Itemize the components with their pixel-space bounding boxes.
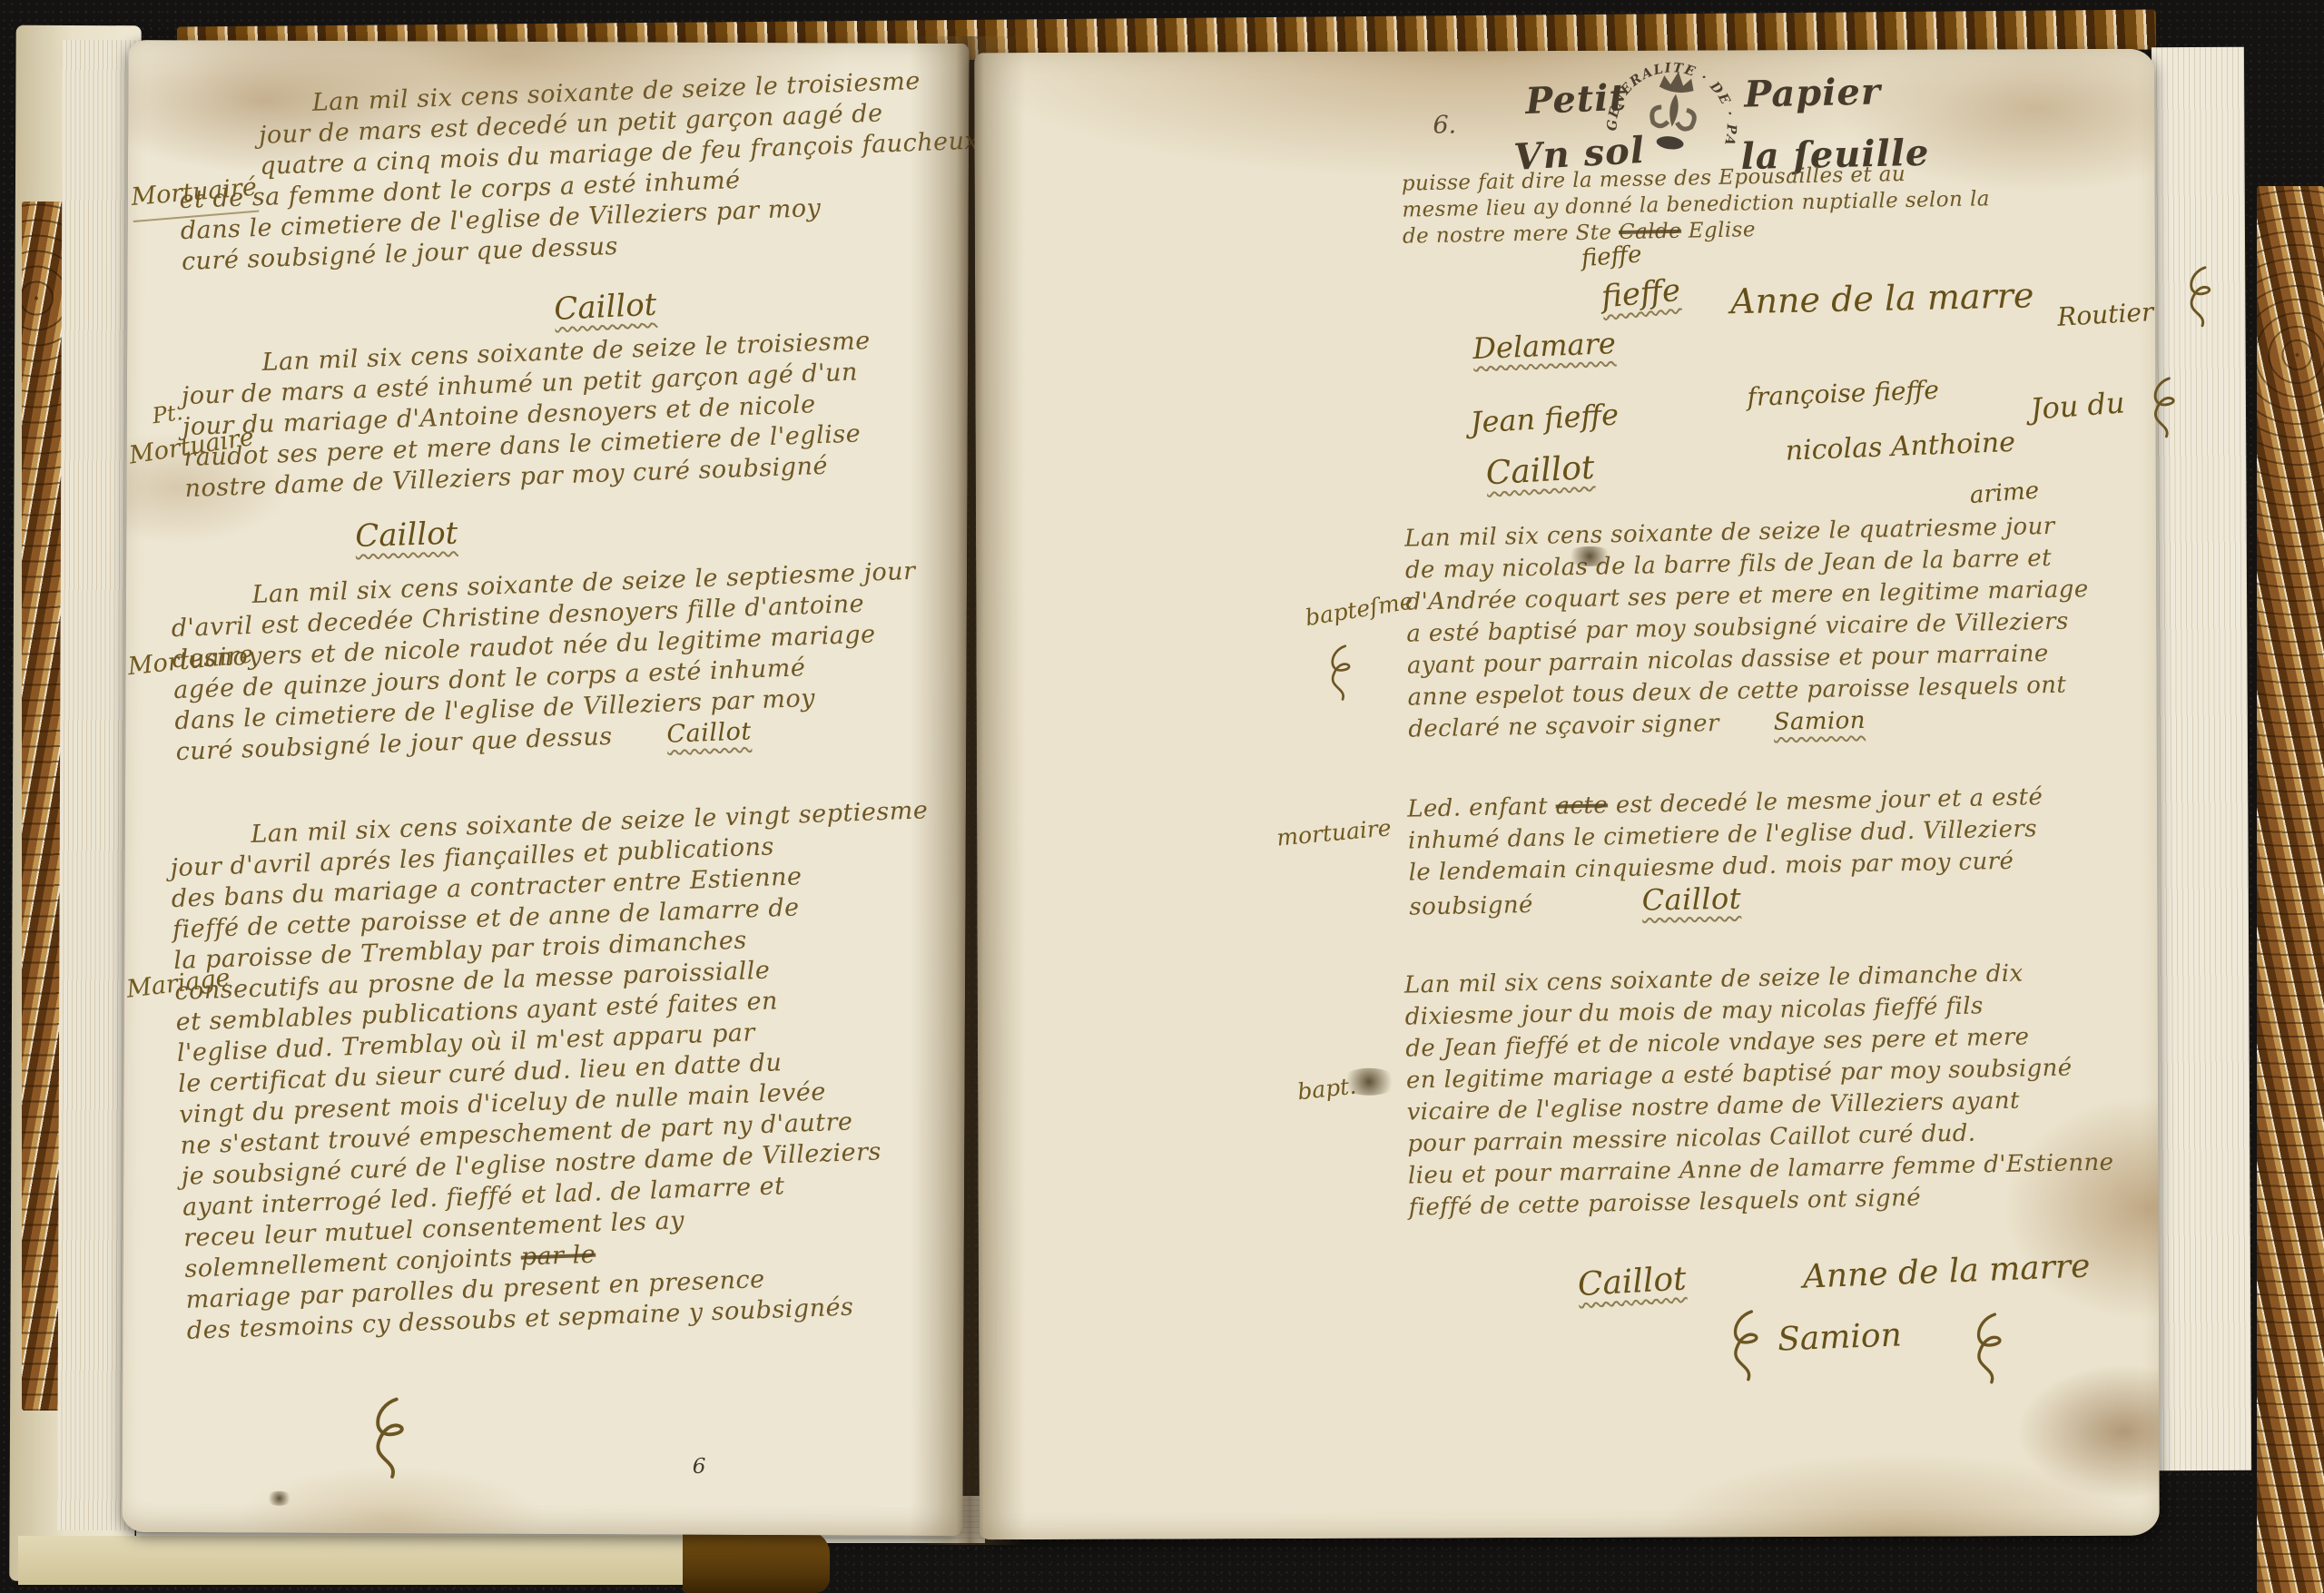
- right-register-page: 6. Petit Papier Vn sol la ſeuille GENERA…: [974, 49, 2160, 1540]
- record-line-text: Led. enfant: [1407, 792, 1556, 822]
- baptism-record-1: Lan mil six cens soixante de seize le qu…: [1404, 510, 2092, 745]
- book-left-marbled-cover: [22, 202, 64, 1411]
- bottom-vellum-cover-edge: [18, 1536, 704, 1585]
- book-right-marbled-cover: [2257, 186, 2324, 1593]
- witness-signature: Jou du: [2029, 385, 2125, 427]
- priest-signature-caillot: Caillot: [355, 516, 458, 555]
- vicar-signature-samion: Samion: [1718, 707, 1866, 737]
- margin-note-bapteme-1: bapteſme: [1304, 587, 1415, 631]
- signature-paraph-flourish: [2146, 376, 2177, 445]
- marriage-record-continuation: puisse fait dire la messe des Epousaille…: [1402, 160, 1991, 250]
- margin-paraph-flourish: [1323, 644, 1354, 707]
- folio-number: 6: [693, 1455, 706, 1479]
- priest-signature-caillot: Caillot: [1577, 1260, 1688, 1303]
- record-line-text: declaré ne sçavoir signer: [1408, 710, 1719, 743]
- witness-signature: nicolas Anthoine: [1785, 427, 2015, 467]
- record-line-text: Eglise: [1681, 218, 1756, 243]
- ink-blot: [1564, 546, 1615, 566]
- photo-black-backdrop: { "stamp": { "word_left_1": "Petit", "wo…: [0, 0, 2324, 1593]
- priest-signature-caillot: Caillot: [612, 717, 752, 750]
- marriage-record: Lan mil six cens soixante de seize le vi…: [169, 795, 947, 1347]
- burial-record-1: Lan mil six cens soixante de seize le tr…: [175, 64, 982, 278]
- stamp-ink-smudge: [1656, 135, 1684, 151]
- ink-blot: [1339, 1068, 1399, 1096]
- priest-signature-caillot: Caillot: [553, 287, 657, 328]
- margin-note-abbrev: Pt.: [151, 399, 184, 428]
- witness-signature: Delamare: [1472, 326, 1617, 366]
- witness-signature: Anne de la marre: [1730, 275, 2034, 321]
- signature-paraph-flourish: [2182, 265, 2213, 334]
- baptism-record-2: Lan mil six cens soixante de seize le di…: [1404, 957, 2115, 1224]
- signature-paraph-flourish: [1968, 1311, 2004, 1391]
- signature-paraph-flourish: [1725, 1308, 1761, 1388]
- burial-record-3: Lan mil six cens soixante de seize le se…: [170, 556, 921, 768]
- fiscal-stamp-word-papier: Papier: [1744, 70, 1882, 115]
- ink-blot: [266, 1491, 293, 1506]
- vicar-signature-samion: Samion: [1777, 1316, 1902, 1358]
- witness-signature: françoise fieffe: [1747, 375, 1940, 412]
- struck-word: par le: [520, 1241, 596, 1272]
- spine-tail-leather: [683, 1530, 830, 1593]
- witness-signature: fieffe: [1600, 272, 1681, 316]
- priest-signature-caillot: Caillot: [1532, 881, 1741, 919]
- margin-note-mortuaire: mortuaire: [1275, 814, 1393, 851]
- struck-word: acte: [1555, 792, 1608, 820]
- priest-signature-caillot: Caillot: [1485, 449, 1596, 493]
- witness-signature: Jean fieffe: [1470, 398, 1620, 440]
- record-line-text: est decedé le mesme jour et a esté: [1608, 783, 2043, 819]
- witness-signature-fieffe: fieffe: [1581, 241, 1643, 272]
- witness-signature-anne-de-la-marre: Anne de la marre: [1802, 1247, 2091, 1295]
- page-number-note: 6.: [1433, 111, 1456, 139]
- struck-word: Calde: [1619, 220, 1682, 244]
- record-line-text: soubsigné: [1409, 891, 1533, 921]
- left-register-page: Mortuairé Lan mil six cens soixante de s…: [122, 40, 969, 1536]
- witness-signature: Routier: [2056, 297, 2154, 332]
- witness-signature: arime: [1969, 477, 2040, 510]
- notarial-paraph-flourish: [366, 1395, 408, 1486]
- burial-record-2: Lan mil six cens soixante de seize le tr…: [180, 326, 875, 505]
- burial-record-right: Led. enfant acte est decedé le mesme jou…: [1407, 782, 2045, 923]
- right-page-stack-fore-edge: [2152, 47, 2251, 1471]
